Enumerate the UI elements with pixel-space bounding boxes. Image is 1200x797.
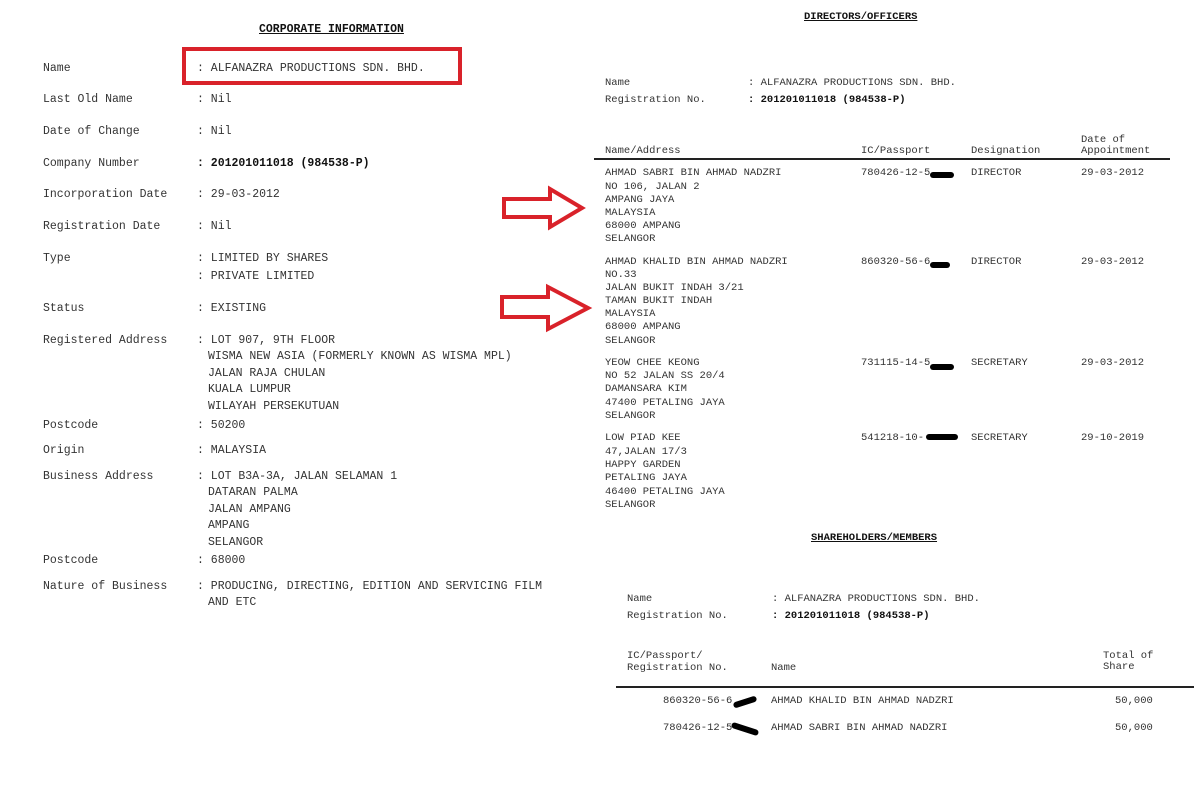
director-address-line: 47,JALAN 17/3: [605, 446, 687, 458]
shareholder-ic: 780426-12-5: [663, 722, 732, 734]
field-value: : LOT B3A-3A, JALAN SELAMAN 1: [197, 470, 397, 483]
field-value: : EXISTING: [197, 302, 266, 315]
director-address-line: 46400 PETALING JAYA: [605, 486, 725, 498]
director-address-line: SELANGOR: [605, 499, 655, 511]
director-address-line: MALAYSIA: [605, 308, 655, 320]
shareholder-name: AHMAD SABRI BIN AHMAD NADZRI: [771, 722, 947, 734]
director-address-line: MALAYSIA: [605, 207, 655, 219]
header-total2: Share: [1103, 661, 1135, 673]
header-date2: Appointment: [1081, 145, 1150, 157]
shareholder-total: 50,000: [1115, 722, 1153, 734]
directors-name-label: Name: [605, 77, 630, 89]
directors-reg-label: Registration No.: [605, 94, 706, 106]
directors-header-rule: [594, 158, 1170, 160]
director-date: 29-03-2012: [1081, 256, 1144, 268]
shareholders-reg-label: Registration No.: [627, 610, 728, 622]
address-line: DATARAN PALMA: [208, 486, 298, 499]
director-address-line: 68000 AMPANG: [605, 220, 681, 232]
redaction-mark: [731, 722, 759, 736]
field-label: Postcode: [43, 419, 98, 432]
director-address-line: NO.33: [605, 269, 637, 281]
director-designation: DIRECTOR: [971, 256, 1021, 268]
header-designation: Designation: [971, 145, 1040, 157]
director-ic: 860320-56-6: [861, 256, 930, 268]
field-label: Type: [43, 252, 71, 265]
director-designation: SECRETARY: [971, 432, 1028, 444]
field-value: : LOT 907, 9TH FLOOR: [197, 334, 335, 347]
director-name: YEOW CHEE KEONG: [605, 357, 700, 369]
field-value: : ALFANAZRA PRODUCTIONS SDN. BHD.: [197, 62, 425, 75]
field-label: Status: [43, 302, 84, 315]
arrow-right-icon: [498, 283, 594, 333]
director-address-line: HAPPY GARDEN: [605, 459, 681, 471]
field-label: Origin: [43, 444, 84, 457]
director-ic: 731115-14-5: [861, 357, 930, 369]
header-name-address: Name/Address: [605, 145, 681, 157]
field-value: : Nil: [197, 125, 232, 138]
director-date: 29-10-2019: [1081, 432, 1144, 444]
director-name: AHMAD SABRI BIN AHMAD NADZRI: [605, 167, 781, 179]
field-label: Incorporation Date: [43, 188, 167, 201]
director-designation: SECRETARY: [971, 357, 1028, 369]
header-ic1: IC/Passport/: [627, 650, 703, 662]
shareholders-header-rule: [616, 686, 1194, 688]
director-address-line: AMPANG JAYA: [605, 194, 674, 206]
director-address-line: PETALING JAYA: [605, 472, 687, 484]
arrow-right-icon: [500, 185, 586, 231]
address-line: KUALA LUMPUR: [208, 383, 291, 396]
field-value: : MALAYSIA: [197, 444, 266, 457]
field-value: : 201201011018 (984538-P): [197, 157, 370, 170]
director-address-line: SELANGOR: [605, 410, 655, 422]
address-line: SELANGOR: [208, 536, 263, 549]
redaction-mark: [930, 172, 954, 178]
header-ic2: Registration No.: [627, 662, 728, 674]
shareholders-name-value: : ALFANAZRA PRODUCTIONS SDN. BHD.: [772, 593, 980, 605]
field-value: : 50200: [197, 419, 245, 432]
field-value: : PRIVATE LIMITED: [197, 270, 314, 283]
field-value: : LIMITED BY SHARES: [197, 252, 328, 265]
director-date: 29-03-2012: [1081, 167, 1144, 179]
director-date: 29-03-2012: [1081, 357, 1144, 369]
header-ic: IC/Passport: [861, 145, 930, 157]
director-address-line: NO 106, JALAN 2: [605, 181, 700, 193]
director-ic: 780426-12-5: [861, 167, 930, 179]
director-address-line: 47400 PETALING JAYA: [605, 397, 725, 409]
shareholders-title: SHAREHOLDERS/MEMBERS: [811, 532, 937, 544]
shareholder-name: AHMAD KHALID BIN AHMAD NADZRI: [771, 695, 954, 707]
field-label: Company Number: [43, 157, 140, 170]
redaction-mark: [930, 262, 950, 268]
directors-name-value: : ALFANAZRA PRODUCTIONS SDN. BHD.: [748, 77, 956, 89]
field-label: Postcode: [43, 554, 98, 567]
address-line: JALAN AMPANG: [208, 503, 291, 516]
address-line: WISMA NEW ASIA (FORMERLY KNOWN AS WISMA …: [208, 350, 512, 363]
director-address-line: 68000 AMPANG: [605, 321, 681, 333]
field-label: Name: [43, 62, 71, 75]
address-line: JALAN RAJA CHULAN: [208, 367, 325, 380]
director-address-line: TAMAN BUKIT INDAH: [605, 295, 712, 307]
field-value: : 29-03-2012: [197, 188, 280, 201]
shareholder-total: 50,000: [1115, 695, 1153, 707]
address-line: AMPANG: [208, 519, 249, 532]
director-name: AHMAD KHALID BIN AHMAD NADZRI: [605, 256, 788, 268]
redaction-mark: [733, 695, 758, 708]
corporate-title: CORPORATE INFORMATION: [259, 23, 404, 36]
field-label: Nature of Business: [43, 580, 167, 593]
shareholders-reg-value: : 201201011018 (984538-P): [772, 610, 930, 622]
field-value: : PRODUCING, DIRECTING, EDITION AND SERV…: [197, 580, 577, 593]
director-address-line: SELANGOR: [605, 233, 655, 245]
director-ic: 541218-10-: [861, 432, 924, 444]
director-name: LOW PIAD KEE: [605, 432, 681, 444]
field-value: : Nil: [197, 93, 232, 106]
field-value: : Nil: [197, 220, 232, 233]
directors-reg-value: : 201201011018 (984538-P): [748, 94, 906, 106]
director-address-line: NO 52 JALAN SS 20/4: [605, 370, 725, 382]
header-name: Name: [771, 662, 796, 674]
director-address-line: DAMANSARA KIM: [605, 383, 687, 395]
directors-title: DIRECTORS/OFFICERS: [804, 11, 917, 23]
redaction-mark: [926, 434, 958, 440]
field-label: Registration Date: [43, 220, 160, 233]
director-address-line: SELANGOR: [605, 335, 655, 347]
director-designation: DIRECTOR: [971, 167, 1021, 179]
field-label: Date of Change: [43, 125, 140, 138]
field-label: Business Address: [43, 470, 153, 483]
address-line: WILAYAH PERSEKUTUAN: [208, 400, 339, 413]
field-value: : 68000: [197, 554, 245, 567]
field-label: Last Old Name: [43, 93, 133, 106]
director-address-line: JALAN BUKIT INDAH 3/21: [605, 282, 744, 294]
redaction-mark: [930, 364, 954, 370]
field-value-line: AND ETC: [208, 596, 256, 609]
shareholder-ic: 860320-56-6: [663, 695, 732, 707]
shareholders-name-label: Name: [627, 593, 652, 605]
field-label: Registered Address: [43, 334, 167, 347]
